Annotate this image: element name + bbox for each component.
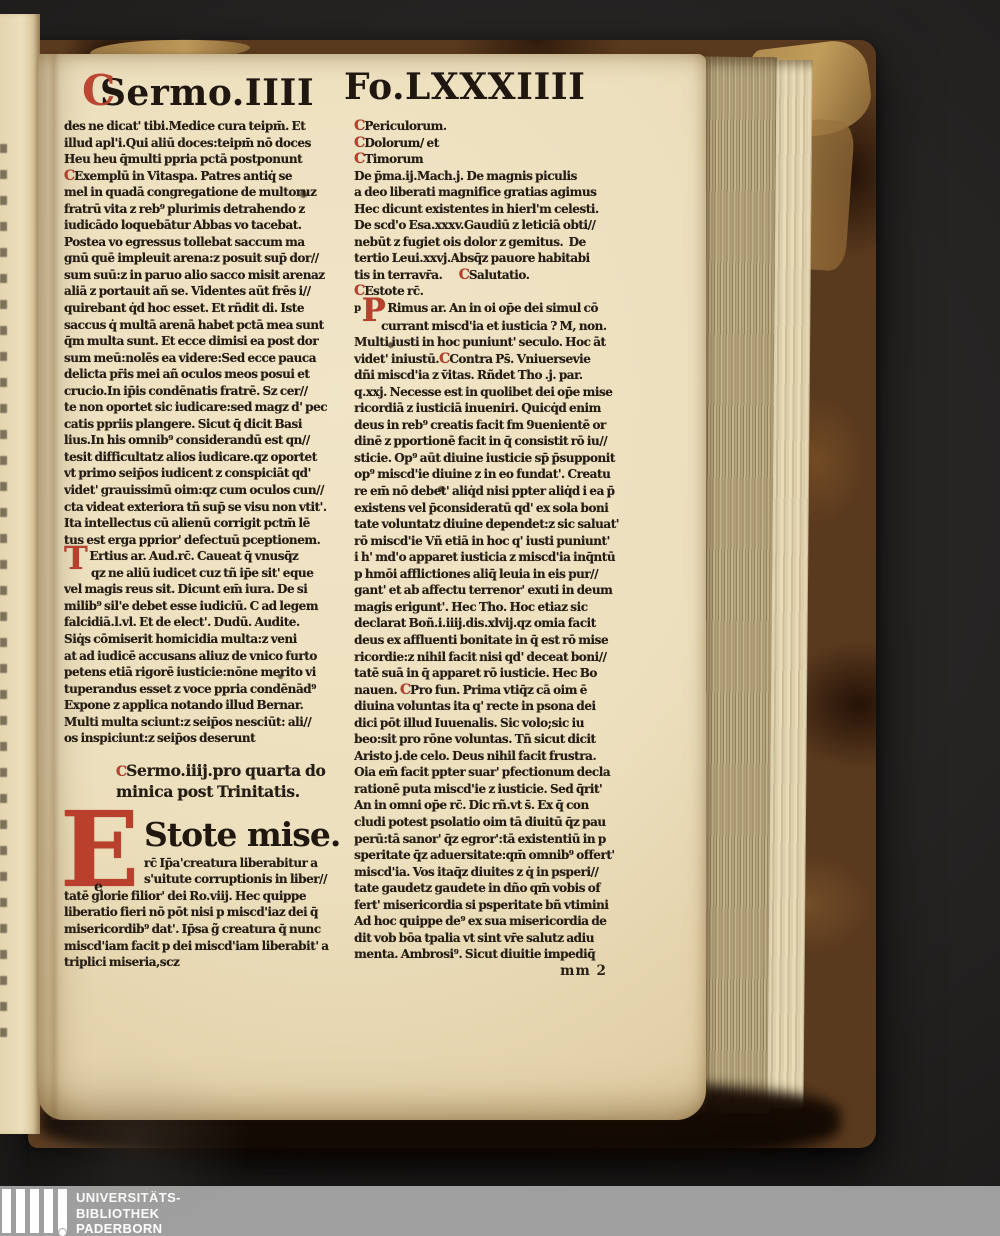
initial-guide-letter: e <box>94 879 103 895</box>
text-line: falcidiā.l.vl. Et de elect'. Dudū. Audit… <box>64 614 350 631</box>
text-columns: des ne dicat' tibi.Medice cura teipm̄. E… <box>64 118 692 980</box>
text-line: videt' iniustū.CContra Ps̄. Vniuersevie <box>354 351 692 368</box>
text-line: diuina voluntas ita q' recte in psona de… <box>354 698 692 715</box>
text-line: gnū quē impleuit arena:z posuit sup̄ dor… <box>64 250 350 267</box>
text-line: vel magis reus sit. Dicunt em̄ iura. De … <box>64 581 350 598</box>
text-line: dinē z pportionē facit in q̄ consistit r… <box>354 433 692 450</box>
text-line: tertio Leui.xxvj.Absq̄z pauore habitabi <box>354 250 692 267</box>
text-line: tate voluntatz diuine dependet:z sic sal… <box>354 516 692 533</box>
text-line: catis ppriis plangere. Sicut q̄ dicit Ba… <box>64 416 350 433</box>
text-line: Heu heu q̄multi ppria pctā postponunt <box>64 151 350 168</box>
text-line: triplici miseria,scz <box>64 954 350 971</box>
text-line: deus ex affluenti bonitate in q̄ est rō … <box>354 632 692 649</box>
initial-guide-letter: p <box>354 303 361 314</box>
text-line: te non oportet sic iudicare:sed magz d' … <box>64 399 350 416</box>
text-line: iudicādo loquebātur Abbas vo tacebat. <box>64 217 350 234</box>
text-line: os inspiciunt:z seip̄os deserunt <box>64 730 350 747</box>
text-line: dit vob bōa tpalia vt sint vr̄e salutz a… <box>354 930 692 947</box>
text-line: delicta pr̄is mei añ oculos meos posui e… <box>64 366 350 383</box>
text-line: speritate q̄z aduersitate:qm̄ omnib⁹ off… <box>354 847 692 864</box>
text-line: tuperandus esset z voce ppria condēnād⁹ <box>64 681 350 698</box>
rubric-initial-E: E <box>64 809 139 890</box>
rubric-pilcrow-icon: C <box>439 351 449 367</box>
text-line: sticie. Op⁹ aūt diuine iusticie sp̄ p̄su… <box>354 450 692 467</box>
text-line: saccus q̇ multā arenā habet pctā mea sun… <box>64 317 350 334</box>
text-line: dici pōt illud Iuuenalis. Sic volo;sic i… <box>354 715 692 732</box>
text-line: miscd'iam facit p dei miscd'iam liberabi… <box>64 938 350 955</box>
text-line: rationē puta miscd'ie z iusticie. Sed q̄… <box>354 781 692 798</box>
text-line: sum meū:nolēs ea videre:Sed ecce pauca <box>64 350 350 367</box>
text-line: mel in quadā congregatione de multoruz <box>64 184 350 201</box>
text-line: TErtius ar. Aud.rc̄. Caueat q̄ vnusq̄z <box>64 548 350 565</box>
text-line: s'uitute corruptionis in liber// <box>144 871 350 888</box>
text-line: existens vel p̄consideratū qd' ex sola b… <box>354 500 692 517</box>
rubric-pilcrow-icon: C <box>116 764 126 780</box>
text-line: tesit difficultatz alios iudicare.qz opo… <box>64 449 350 466</box>
text-line: Multi multa sciunt:z seip̄os nesciūt: al… <box>64 714 350 731</box>
text-line: cta videat exteriora tñ sup̄ se visu non… <box>64 499 350 516</box>
text-line: des ne dicat' tibi.Medice cura teipm̄. E… <box>64 118 350 135</box>
right-column: CPericulorum.CDolorum/ etCTimorumDe p̄ma… <box>350 118 692 980</box>
text-line: a deo liberati magnifice gratias agimus <box>354 184 692 201</box>
text-line: Expone z applica notando illud Bernar. <box>64 697 350 714</box>
text-line: vt primo seip̄os iudicent z conspiciāt q… <box>64 465 350 482</box>
text-line: CEstote rc̄. <box>354 283 692 300</box>
text-line: p hmōi afflictiones aliq̄ leuia in eis p… <box>354 566 692 583</box>
text-line: CSermo.iiij.pro quarta do <box>64 761 350 782</box>
rubric-pilcrow-icon: C <box>82 66 116 115</box>
text-line: rc̄ Ip̄a'creatura liberabitur a <box>144 855 350 872</box>
text-line: menta. Ambrosi⁹. Sicut diuitie impediq̄ <box>354 946 692 963</box>
text-line: cludi potest psolatio oim tā diuitū q̄z … <box>354 814 692 831</box>
incipit-heading: Stote mise. <box>144 815 350 855</box>
text-line: at ad iudicē accusans aliuz de vnico fur… <box>64 648 350 665</box>
rubric-pilcrow-icon: C <box>354 118 364 134</box>
text-line: quirebant q̇d hoc esset. Et rñdit di. Is… <box>64 300 350 317</box>
text-line: fert' misericordia si psperitate bñ vtim… <box>354 897 692 914</box>
text-line: Ad hoc quippe de⁹ ex sua misericordia de <box>354 913 692 930</box>
text-line: dñi miscd'ia z v̄itas. Rñdet Tho .j. par… <box>354 367 692 384</box>
text-line: tis in terravr̄a. CSalutatio. <box>354 267 692 284</box>
text-line: illud apl'i.Qui aliū doces:teipm̄ nō doc… <box>64 135 350 152</box>
library-name: UNIVERSITÄTS- BIBLIOTHEK PADERBORN <box>76 1190 181 1236</box>
text-line: nebūt z fugiet ois dolor z gemitus. De <box>354 234 692 251</box>
text-line: miscd'ia. Vos itaq̄z diuites z q̇ in psp… <box>354 864 692 881</box>
left-column-text: des ne dicat' tibi.Medice cura teipm̄. E… <box>64 118 350 747</box>
estote-incipit-block: E e Stote mise. rc̄ Ip̄a'creatura libera… <box>64 815 350 975</box>
text-line: declarat Boñ.i.iiij.dis.xlvij.qz omia fa… <box>354 615 692 632</box>
rubric-pilcrow-icon: C <box>64 168 74 184</box>
text-line: misericordib⁹ dat'. Ip̄sa g̃ creatura q̄… <box>64 921 350 938</box>
text-line: pPRimus ar. An in oi op̄e dei simul cō <box>354 300 692 318</box>
text-line: CDolorum/ et <box>354 135 692 152</box>
right-column-text: CPericulorum.CDolorum/ etCTimorumDe p̄ma… <box>354 118 692 963</box>
text-line: i h' md'o apparet iusticia z miscd'ia in… <box>354 549 692 566</box>
text-line: beo:sit pro rōne voluntas. Tñ sicut dici… <box>354 731 692 748</box>
text-line: Aristo j.de celo. Deus nihil facit frust… <box>354 748 692 765</box>
text-line: Siq̇s cōmiserit homicidia multa:z veni <box>64 631 350 648</box>
rubric-pilcrow-icon: C <box>354 151 364 167</box>
text-line: q.xxj. Necesse est in quolibet dei op̄e … <box>354 384 692 401</box>
text-line: perū:tā sanor' q̄z egror':tā existentiū … <box>354 831 692 848</box>
text-line: De scd'o Esa.xxxv.Gaudiū z leticiā obti/… <box>354 217 692 234</box>
text-line: crucio.In ip̄is condēnatis fratrē. Sz ce… <box>64 383 350 400</box>
text-line: re em̄ nō debet' aliq̇d nisi ppter aliq̇… <box>354 483 692 500</box>
text-line: ricordie:z nihil facit nisi qd' deceat b… <box>354 649 692 666</box>
text-line: lius.In his omnib⁹ considerandū est qn// <box>64 432 350 449</box>
text-line: magis erigunt'. Hec Tho. Hoc etiaz sic <box>354 599 692 616</box>
book-scan-photo: CSermo.IIII Fo.LXXXIIII des ne dicat' ti… <box>0 0 1000 1236</box>
header-folio-number: Fo.LXXXIIII <box>344 66 585 108</box>
text-line: An in omni op̄e rc̄. Dic rñ.vt s̄. Ex q̄… <box>354 797 692 814</box>
text-line: aliā z portauit añ se. Videntes aūt frēs… <box>64 283 350 300</box>
text-line: tate gaudetz gaudete in dño qm̄ vobis of <box>354 880 692 897</box>
text-line: Hec dicunt existentes in hierl'm celesti… <box>354 201 692 218</box>
text-line: ricordiā z iusticiā inueniri. Quicq̇d en… <box>354 400 692 417</box>
text-line: Ita intellectus cū alienū corrigit pctm̄… <box>64 515 350 532</box>
text-line: CExemplū in Vitaspa. Patres antiq̇ se <box>64 168 350 185</box>
text-line: CPericulorum. <box>354 118 692 135</box>
text-line: rō miscd'ie Vñ etiā in hoc q' iusti puni… <box>354 533 692 550</box>
text-line: Postea vo egressus tollebat saccum ma <box>64 234 350 251</box>
header-left-title: CSermo.IIII <box>82 66 314 115</box>
rubric-pilcrow-icon: C <box>354 135 364 151</box>
text-line: milib⁹ sil'e debet esse iudiciū. C ad le… <box>64 598 350 615</box>
text-line: fratrū vita z reb⁹ plurimis detrahendo z <box>64 201 350 218</box>
text-line: gant' et ab affectu terrenor' exuti in d… <box>354 582 692 599</box>
facing-page-sliver <box>0 14 40 1134</box>
text-line: videt' grauissimū oim:qz cum oculos cun/… <box>64 482 350 499</box>
text-line: qz ne aliū iudicet cuz tñ ip̄e sit' eque <box>64 565 350 582</box>
text-line: nauen. CPro fun. Prima vtiq̄z cā oim ē <box>354 682 692 699</box>
text-line: Multi iusti in hoc puniunt' seculo. Hoc … <box>354 334 692 351</box>
text-line: tus est erga pprior' defectuū pceptionem… <box>64 532 350 549</box>
text-line: sum suū:z in paruo alio sacco misit aren… <box>64 267 350 284</box>
text-line: deus in reb⁹ creatis facit fm 9uenientē … <box>354 417 692 434</box>
text-line: Oia em̄ facit ppter suar' pfectionum dec… <box>354 764 692 781</box>
text-line: q̄m multa sunt. Et ecce dimisi ea post d… <box>64 333 350 350</box>
book-page: CSermo.IIII Fo.LXXXIIII des ne dicat' ti… <box>38 54 706 1120</box>
left-column: des ne dicat' tibi.Medice cura teipm̄. E… <box>64 118 350 980</box>
rubric-pilcrow-icon: C <box>459 267 469 283</box>
rubric-pilcrow-icon: C <box>400 682 410 698</box>
text-line: De p̄ma.ij.Mach.j. De magnis piculis <box>354 168 692 185</box>
text-line: tatē suā in q̄ apparet rō iusticie. Hec … <box>354 665 692 682</box>
text-line: currant miscd'ia et iusticia ? M, non. <box>354 318 692 335</box>
library-watermark-bar: UNIVERSITÄTS- BIBLIOTHEK PADERBORN <box>0 1186 1000 1236</box>
rubric-drop-cap: T <box>64 539 87 577</box>
text-line: op⁹ miscd'ie diuine z in eo fundat'. Cre… <box>354 466 692 483</box>
text-line: petens etiā rigorē iusticie:nōne merito … <box>64 664 350 681</box>
page-block-fore-edge <box>694 57 777 1114</box>
quire-signature: mm 2 <box>354 963 692 980</box>
library-logo-icon <box>2 1189 72 1233</box>
text-line: CTimorum <box>354 151 692 168</box>
